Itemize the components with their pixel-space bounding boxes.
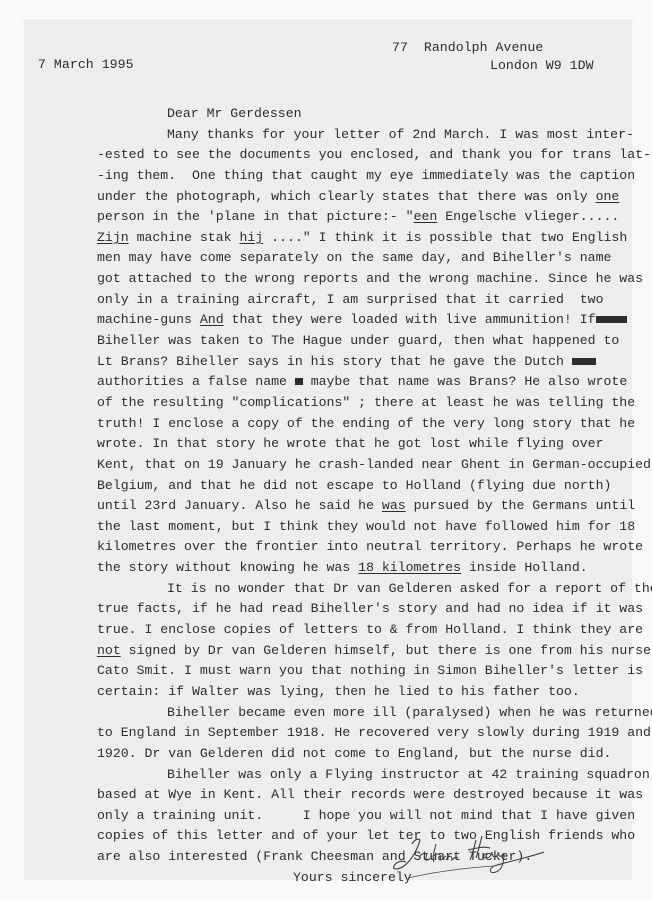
letter-line: not signed by Dr van Gelderen himself, b… bbox=[97, 641, 627, 662]
letter-line: the story without knowing he was 18 kilo… bbox=[97, 558, 627, 579]
letter-line: Biheller was taken to The Hague under gu… bbox=[97, 331, 627, 352]
letter-line: 1920. Dr van Gelderen did not come to En… bbox=[97, 744, 627, 765]
underlined-word: een bbox=[414, 209, 438, 224]
underlined-word: was bbox=[382, 498, 406, 513]
letter-line: Kent, that on 19 January he crash-landed… bbox=[97, 455, 627, 476]
line-text: Biheller was taken to The Hague under gu… bbox=[97, 333, 619, 348]
letter-line: Biheller was only a Flying instructor at… bbox=[97, 765, 627, 786]
letter-date: 7 March 1995 bbox=[38, 55, 134, 75]
line-text: signed by Dr van Gelderen himself, but t… bbox=[121, 643, 651, 658]
letter-line: Zijn machine stak hij ...." I think it i… bbox=[97, 228, 627, 249]
line-text: certain: if Walter was lying, then he li… bbox=[97, 684, 580, 699]
letter-line: Cato Smit. I must warn you that nothing … bbox=[97, 661, 627, 682]
underlined-word: Zijn bbox=[97, 230, 129, 245]
struck-out-text: xxxx bbox=[596, 316, 628, 323]
underlined-word: one bbox=[596, 189, 620, 204]
underlined-word: 18 kilometres bbox=[358, 560, 461, 575]
letter-line: Biheller became even more ill (paralysed… bbox=[97, 703, 627, 724]
line-text: of the resulting "complications" ; there… bbox=[97, 395, 635, 410]
letter-body: Dear Mr Gerdessen Many thanks for your l… bbox=[97, 104, 627, 888]
letter-line: the last moment, but I think they would … bbox=[97, 517, 627, 538]
handwritten-signature: John Hay bbox=[384, 826, 554, 886]
line-text: -ing them. One thing that caught my eye … bbox=[97, 168, 635, 183]
body-paragraphs: Many thanks for your letter of 2nd March… bbox=[97, 125, 627, 868]
line-text: truth! I enclose a copy of the ending of… bbox=[97, 416, 635, 431]
underlined-word: hij bbox=[239, 230, 263, 245]
line-text: based at Wye in Kent. All their records … bbox=[97, 787, 643, 802]
line-text: Biheller became even more ill (paralysed… bbox=[167, 705, 652, 720]
letter-line: Belgium, and that he did not escape to H… bbox=[97, 476, 627, 497]
letter-line: of the resulting "complications" ; there… bbox=[97, 393, 627, 414]
line-text: machine-guns bbox=[97, 312, 200, 327]
line-text: ...." I think it is possible that two En… bbox=[263, 230, 627, 245]
letter-line: true. I enclose copies of letters to & f… bbox=[97, 620, 627, 641]
underlined-word: not bbox=[97, 643, 121, 658]
letter-line: It is no wonder that Dr van Gelderen ask… bbox=[97, 579, 627, 600]
line-text: until 23rd January. Also he said he bbox=[97, 498, 382, 513]
letter-line: kilometres over the frontier into neutra… bbox=[97, 537, 627, 558]
letter-line: until 23rd January. Also he said he was … bbox=[97, 496, 627, 517]
line-text: -ested to see the documents you enclosed… bbox=[97, 147, 651, 162]
line-text: kilometres over the frontier into neutra… bbox=[97, 539, 643, 554]
letter-line: authorities a false name - maybe that na… bbox=[97, 372, 627, 393]
line-text: got attached to the wrong reports and th… bbox=[97, 271, 643, 286]
line-text: only a training unit. I hope you will no… bbox=[97, 808, 635, 823]
struck-out-text: - bbox=[295, 378, 303, 385]
line-text: pursued by the Germans until bbox=[406, 498, 636, 513]
line-text: person in the 'plane in that picture:- " bbox=[97, 209, 414, 224]
letter-line: -ested to see the documents you enclosed… bbox=[97, 145, 627, 166]
sender-address-line2: London W9 1DW bbox=[490, 56, 594, 76]
struck-out-text: xxx bbox=[572, 358, 596, 365]
letter-line: only in a training aircraft, I am surpri… bbox=[97, 290, 627, 311]
line-text: 1920. Dr van Gelderen did not come to En… bbox=[97, 746, 611, 761]
letter-line: -ing them. One thing that caught my eye … bbox=[97, 166, 627, 187]
line-text: under the photograph, which clearly stat… bbox=[97, 189, 596, 204]
line-text: Kent, that on 19 January he crash-landed… bbox=[97, 457, 651, 472]
letter-line: person in the 'plane in that picture:- "… bbox=[97, 207, 627, 228]
letter-line: truth! I enclose a copy of the ending of… bbox=[97, 414, 627, 435]
line-text: the last moment, but I think they would … bbox=[97, 519, 635, 534]
line-text: Lt Brans? Biheller says in his story tha… bbox=[97, 354, 572, 369]
letter-page: 77 Randolph Avenue London W9 1DW 7 March… bbox=[24, 20, 632, 880]
line-text: Cato Smit. I must warn you that nothing … bbox=[97, 663, 643, 678]
line-text: only in a training aircraft, I am surpri… bbox=[97, 292, 603, 307]
line-text: wrote. In that story he wrote that he go… bbox=[97, 436, 603, 451]
line-text: true. I enclose copies of letters to & f… bbox=[97, 622, 643, 637]
letter-line: Lt Brans? Biheller says in his story tha… bbox=[97, 352, 627, 373]
letter-line: to England in September 1918. He recover… bbox=[97, 723, 627, 744]
line-text: authorities a false name bbox=[97, 374, 295, 389]
letter-line: got attached to the wrong reports and th… bbox=[97, 269, 627, 290]
line-text: Belgium, and that he did not escape to H… bbox=[97, 478, 611, 493]
salutation: Dear Mr Gerdessen bbox=[97, 104, 627, 125]
line-text: It is no wonder that Dr van Gelderen ask… bbox=[167, 581, 652, 596]
line-text: Many thanks for your letter of 2nd March… bbox=[167, 127, 634, 142]
letter-line: based at Wye in Kent. All their records … bbox=[97, 785, 627, 806]
line-text: Engelsche vlieger..... bbox=[437, 209, 619, 224]
letter-line: certain: if Walter was lying, then he li… bbox=[97, 682, 627, 703]
line-text: men may have come separately on the same… bbox=[97, 250, 611, 265]
sender-address-line1: 77 Randolph Avenue bbox=[392, 38, 543, 58]
letter-line: men may have come separately on the same… bbox=[97, 248, 627, 269]
letter-line: machine-guns And that they were loaded w… bbox=[97, 310, 627, 331]
letter-line: true facts, if he had read Biheller's st… bbox=[97, 599, 627, 620]
line-text: inside Holland. bbox=[461, 560, 588, 575]
line-text: machine stak bbox=[129, 230, 240, 245]
line-text: Biheller was only a Flying instructor at… bbox=[167, 767, 652, 782]
line-text: maybe that name was Brans? He also wrote bbox=[303, 374, 627, 389]
line-text: the story without knowing he was bbox=[97, 560, 358, 575]
line-text: to England in September 1918. He recover… bbox=[97, 725, 651, 740]
letter-line: wrote. In that story he wrote that he go… bbox=[97, 434, 627, 455]
underlined-word: And bbox=[200, 312, 224, 327]
letter-line: under the photograph, which clearly stat… bbox=[97, 187, 627, 208]
line-text: true facts, if he had read Biheller's st… bbox=[97, 601, 643, 616]
line-text: that they were loaded with live ammuniti… bbox=[224, 312, 596, 327]
line-text: copies of this letter and of your let te… bbox=[97, 828, 635, 843]
letter-line: only a training unit. I hope you will no… bbox=[97, 806, 627, 827]
letter-line: Many thanks for your letter of 2nd March… bbox=[97, 125, 627, 146]
